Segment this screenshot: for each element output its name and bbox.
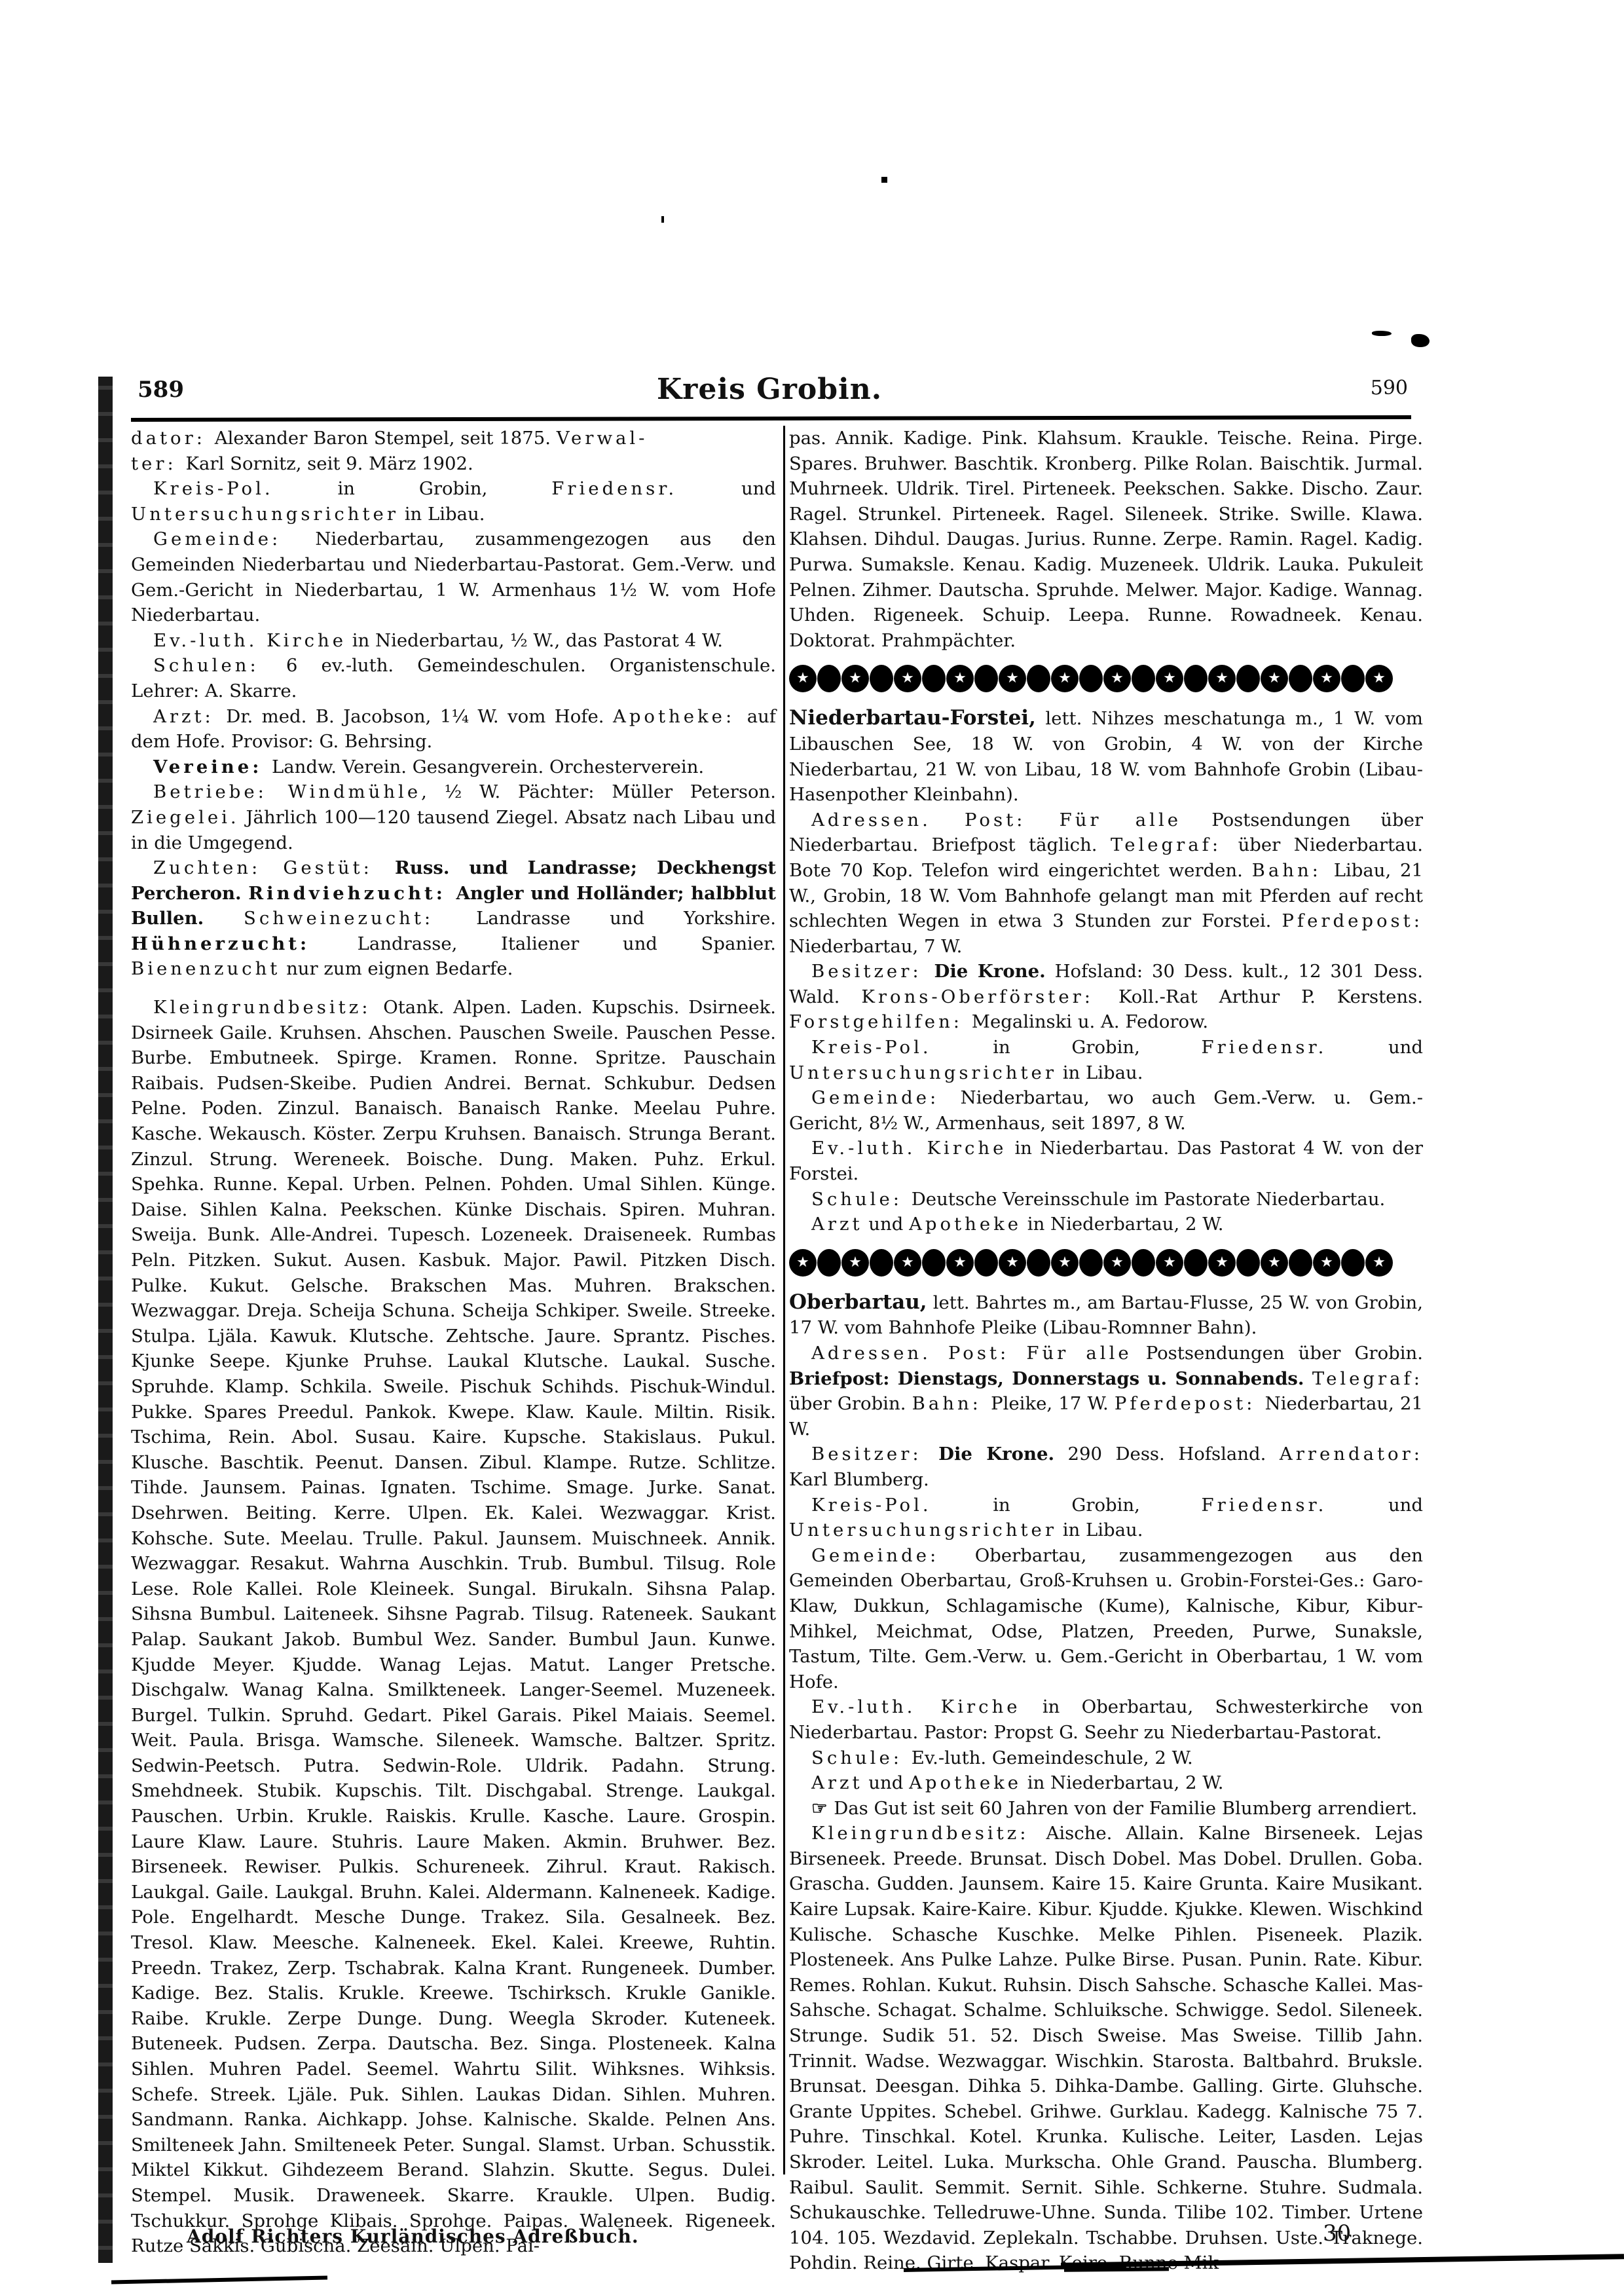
field-label: Ev.-luth. Kirche bbox=[153, 630, 346, 651]
left-column: dator: Alexander Baron Stempel, seit 187… bbox=[131, 426, 776, 2259]
entry-text: Die Krone. bbox=[938, 1444, 1054, 1465]
field-label: Apotheke: bbox=[613, 706, 747, 727]
field-label: Schulen: bbox=[153, 655, 286, 676]
entry-paragraph: Ev.-luth. Kirche in Niederbartau, ½ W., … bbox=[131, 628, 776, 654]
field-label: Vereine: bbox=[153, 756, 272, 777]
ornament-star-icon: ★ bbox=[1313, 665, 1340, 692]
field-label: Kreis-Pol. bbox=[153, 478, 274, 499]
field-label: Apotheke bbox=[909, 1214, 1022, 1235]
ornament-divider: ★★★★★★★★★★★★ bbox=[789, 1249, 1423, 1278]
entry-paragraph: Kreis-Pol. in Grobin, Friedensr. und Unt… bbox=[789, 1035, 1423, 1085]
entry-text: 290 Dess. Hofsland. bbox=[1054, 1444, 1280, 1465]
entry-text: in Niederbartau, 2 W. bbox=[1022, 1214, 1223, 1235]
entry-paragraph: Schulen: 6 ev.-luth. Gemeindeschulen. Or… bbox=[131, 653, 776, 703]
ornament-star-icon bbox=[922, 1249, 946, 1277]
ornament-star-icon bbox=[1184, 665, 1208, 692]
entry-paragraph: Gemeinde: Oberbartau, zusammengezogen au… bbox=[789, 1543, 1423, 1695]
field-label: Pferdepost: bbox=[1115, 1393, 1265, 1414]
header-rule bbox=[131, 415, 1411, 422]
entry-text: , ½ W. Pächter: Müller Peterson. bbox=[421, 781, 776, 802]
entry-text: Aische. Allain. Kalne Birseneek. Lejas B… bbox=[789, 1823, 1423, 2273]
column-divider bbox=[783, 426, 785, 2174]
entry-paragraph: ter: Karl Sornitz, seit 9. März 1902. bbox=[131, 451, 776, 477]
entry-text: Karl Blumberg. bbox=[789, 1469, 929, 1490]
ornament-star-icon bbox=[974, 1249, 998, 1277]
field-label: Adressen. Post: bbox=[811, 1343, 1026, 1364]
field-label: Schule: bbox=[811, 1747, 912, 1768]
ornament-star-icon: ★ bbox=[1313, 1249, 1340, 1277]
entry-text: Niederbartau, 7 W. bbox=[789, 936, 962, 957]
field-label: Telegraf: bbox=[1312, 1368, 1423, 1389]
entry-paragraph: Gemeinde: Niederbartau, zusammengezogen … bbox=[131, 527, 776, 627]
entry-paragraph: Oberbartau, lett. Bahrtes m., am Bartau-… bbox=[789, 1290, 1423, 1341]
field-label: Forstgehilfen: bbox=[789, 1011, 972, 1032]
field-label: Bahn: bbox=[1252, 860, 1334, 881]
entry-paragraph: Kreis-Pol. in Grobin, Friedensr. und Unt… bbox=[789, 1493, 1423, 1543]
scan-smudge bbox=[1411, 334, 1430, 347]
publisher-footer: Adolf Richters Kurländisches Adreßbuch. bbox=[187, 2226, 639, 2247]
entry-paragraph: Adressen. Post: Für alle Postsendungen ü… bbox=[789, 808, 1423, 960]
field-label: Für alle bbox=[1060, 810, 1181, 830]
entry-text: Dr. med. B. Jacobson, 1¼ W. vom Hofe. bbox=[226, 706, 613, 727]
field-label: Bahn: bbox=[912, 1393, 991, 1414]
entry-text: Oberbartau, zusammengezogen aus den Geme… bbox=[789, 1545, 1423, 1692]
ornament-star-icon bbox=[870, 1249, 893, 1277]
field-label: Arzt bbox=[811, 1772, 863, 1793]
ornament-star-icon: ★ bbox=[1208, 665, 1236, 692]
entry-paragraph: pas. Annik. Kadige. Pink. Klahsum. Krauk… bbox=[789, 426, 1423, 653]
entry-paragraph: Schule: Deutsche Vereinsschule im Pastor… bbox=[789, 1187, 1423, 1212]
entry-text: in Libau. bbox=[1057, 1062, 1143, 1083]
field-label: Bienenzucht bbox=[131, 958, 280, 979]
ornament-divider: ★★★★★★★★★★★★ bbox=[789, 665, 1423, 694]
ornament-star-icon bbox=[1132, 665, 1155, 692]
field-label: Telegraf: bbox=[1111, 834, 1238, 855]
field-label: Schule: bbox=[811, 1189, 912, 1210]
entry-text: Das Gut ist seit 60 Jahren von der Famil… bbox=[834, 1798, 1417, 1819]
entry-paragraph: Ev.-luth. Kirche in Oberbartau, Schweste… bbox=[789, 1694, 1423, 1745]
entry-text: Landw. Verein. Gesangverein. Orchesterve… bbox=[272, 756, 704, 777]
signature-mark: 30 bbox=[1323, 2220, 1351, 2247]
field-label: Friedensr. bbox=[1201, 1037, 1327, 1058]
place-name: Oberbartau, bbox=[789, 1290, 927, 1314]
entry-paragraph: Zuchten: Gestüt: Russ. und Landrasse; De… bbox=[131, 855, 776, 982]
entry-paragraph: Gemeinde: Niederbartau, wo auch Gem.-Ver… bbox=[789, 1085, 1423, 1136]
entry-paragraph: Arzt: Dr. med. B. Jacobson, 1¼ W. vom Ho… bbox=[131, 704, 776, 755]
entry-text: und bbox=[677, 478, 776, 499]
running-title: Kreis Grobin. bbox=[131, 373, 1408, 406]
ornament-star-icon: ★ bbox=[894, 1249, 921, 1277]
entry-text: Postsendungen über Grobin. bbox=[1132, 1343, 1423, 1364]
entry-text: Otank. Alpen. Laden. Kupschis. Dsirneek.… bbox=[131, 997, 776, 2256]
field-label: Verwal- bbox=[557, 428, 648, 449]
field-label: Friedensr. bbox=[551, 478, 677, 499]
entry-paragraph: Besitzer: Die Krone. 290 Dess. Hofsland.… bbox=[789, 1442, 1423, 1492]
entry-text: Landrasse, Italiener und Spanier. bbox=[358, 933, 776, 954]
ornament-star-icon: ★ bbox=[841, 1249, 869, 1277]
entry-text: Pleike, 17 W. bbox=[991, 1393, 1115, 1414]
field-label: Friedensr. bbox=[1201, 1495, 1327, 1516]
entry-paragraph: Niederbartau-Forstei, lett. Nihzes mesch… bbox=[789, 705, 1423, 807]
field-label: Kleingrundbesitz: bbox=[811, 1823, 1046, 1844]
field-label: dator: bbox=[131, 428, 215, 449]
entry-text: in Niederbartau, ½ W., das Pastorat 4 W. bbox=[346, 630, 723, 651]
entry-text: Landrasse und Yorkshire. bbox=[476, 908, 776, 929]
ornament-star-icon: ★ bbox=[1103, 665, 1131, 692]
ornament-star-icon: ★ bbox=[946, 665, 974, 692]
entry-text: und bbox=[863, 1772, 910, 1793]
bottom-rule bbox=[111, 2276, 327, 2285]
ornament-star-icon: ★ bbox=[1051, 1249, 1079, 1277]
ornament-star-icon: ★ bbox=[946, 1249, 974, 1277]
field-label: Arzt: bbox=[153, 706, 226, 727]
field-label: Gemeinde: bbox=[811, 1545, 975, 1566]
field-label: Untersuchungsrichter bbox=[789, 1062, 1057, 1083]
place-name: Niederbartau-Forstei, bbox=[789, 706, 1036, 730]
scan-speck bbox=[661, 216, 664, 223]
entry-text: in Grobin, bbox=[932, 1495, 1202, 1516]
ornament-star-icon bbox=[1184, 1249, 1208, 1277]
entry-text: in Libau. bbox=[1057, 1520, 1143, 1540]
field-label: Kreis-Pol. bbox=[811, 1495, 932, 1516]
entry-text: Ev.-luth. Gemeindeschule, 2 W. bbox=[912, 1747, 1193, 1768]
entry-paragraph: Ev.-luth. Kirche in Niederbartau. Das Pa… bbox=[789, 1136, 1423, 1186]
field-label: Besitzer: bbox=[811, 961, 934, 982]
field-label: Kleingrundbesitz: bbox=[153, 997, 383, 1018]
entry-paragraph: Arzt und Apotheke in Niederbartau, 2 W. bbox=[789, 1770, 1423, 1796]
ornament-star-icon bbox=[1289, 1249, 1312, 1277]
ornament-star-icon bbox=[1132, 1249, 1155, 1277]
ornament-star-icon bbox=[1079, 1249, 1103, 1277]
field-label: Windmühle bbox=[288, 781, 421, 802]
entry-text: Megalinski u. A. Fedorow. bbox=[972, 1011, 1208, 1032]
ornament-star-icon: ★ bbox=[1261, 665, 1288, 692]
field-label: Rindviehzucht: bbox=[248, 883, 456, 904]
ornament-star-icon bbox=[1027, 665, 1050, 692]
entry-text: und bbox=[1327, 1037, 1423, 1058]
ornament-star-icon: ★ bbox=[1051, 665, 1079, 692]
ornament-star-icon: ★ bbox=[1365, 665, 1393, 692]
entry-text: Alexander Baron Stempel, seit 1875. bbox=[215, 428, 557, 449]
ornament-star-icon: ★ bbox=[999, 665, 1026, 692]
entry-text: in Libau. bbox=[399, 504, 485, 525]
entry-text: pas. Annik. Kadige. Pink. Klahsum. Krauk… bbox=[789, 428, 1423, 651]
ornament-star-icon bbox=[974, 665, 998, 692]
entry-paragraph: ☞ Das Gut ist seit 60 Jahren von der Fam… bbox=[789, 1796, 1423, 1821]
page-number-right: 590 bbox=[1371, 377, 1408, 400]
entry-paragraph: dator: Alexander Baron Stempel, seit 187… bbox=[131, 426, 776, 451]
entry-text: in Niederbartau, 2 W. bbox=[1022, 1772, 1223, 1793]
entry-paragraph: Vereine: Landw. Verein. Gesangverein. Or… bbox=[131, 755, 776, 780]
entry-paragraph: Betriebe: Windmühle, ½ W. Pächter: Mülle… bbox=[131, 779, 776, 855]
ornament-star-icon bbox=[922, 665, 946, 692]
page-header: 589 Kreis Grobin. 590 bbox=[131, 377, 1408, 416]
ornament-star-icon bbox=[1289, 665, 1312, 692]
ornament-star-icon: ★ bbox=[841, 665, 869, 692]
ornament-star-icon bbox=[870, 665, 893, 692]
scan-binding-edge bbox=[98, 377, 113, 2263]
field-label: Untersuchungsrichter bbox=[131, 504, 399, 525]
ornament-star-icon bbox=[817, 665, 841, 692]
ornament-star-icon: ★ bbox=[1156, 1249, 1183, 1277]
ornament-star-icon: ★ bbox=[1365, 1249, 1393, 1277]
entry-paragraph: Besitzer: Die Krone. Hofsland: 30 Dess. … bbox=[789, 959, 1423, 1035]
field-label: Arzt bbox=[811, 1214, 863, 1235]
ornament-star-icon bbox=[1341, 665, 1365, 692]
field-label: Für alle bbox=[1026, 1343, 1132, 1364]
scan-speck bbox=[881, 177, 887, 183]
ornament-star-icon: ★ bbox=[789, 1249, 817, 1277]
entry-paragraph: Kreis-Pol. in Grobin, Friedensr. und Unt… bbox=[131, 476, 776, 527]
ornament-star-icon bbox=[1236, 665, 1260, 692]
entry-text: nur zum eignen Bedarfe. bbox=[280, 958, 513, 979]
field-label: Arrendator: bbox=[1280, 1444, 1423, 1465]
ornament-star-icon: ★ bbox=[1156, 665, 1183, 692]
ornament-star-icon: ★ bbox=[1208, 1249, 1236, 1277]
field-label: Hühnerzucht: bbox=[131, 933, 358, 954]
entry-text: über Grobin. bbox=[789, 1393, 912, 1414]
entry-text: ☞ bbox=[811, 1798, 834, 1819]
right-column: pas. Annik. Kadige. Pink. Klahsum. Krauk… bbox=[789, 426, 1423, 2276]
entry-text: Die Krone. bbox=[934, 961, 1045, 982]
entry-text: Briefpost: Dienstags, Donnerstags u. Son… bbox=[789, 1368, 1312, 1389]
field-label: Krons-Oberförster: bbox=[861, 986, 1118, 1007]
ornament-star-icon bbox=[817, 1249, 841, 1277]
ornament-star-icon bbox=[1027, 1249, 1050, 1277]
paragraph-gap bbox=[131, 982, 776, 995]
ornament-star-icon: ★ bbox=[999, 1249, 1026, 1277]
entry-paragraph: Kleingrundbesitz: Otank. Alpen. Laden. K… bbox=[131, 995, 776, 2259]
field-label: Ev.-luth. Kirche bbox=[811, 1138, 1006, 1159]
ornament-star-icon: ★ bbox=[789, 665, 817, 692]
entry-text: Karl Sornitz, seit 9. März 1902. bbox=[185, 453, 473, 474]
entry-paragraph: Arzt und Apotheke in Niederbartau, 2 W. bbox=[789, 1212, 1423, 1237]
field-label: Betriebe: bbox=[153, 781, 288, 802]
field-label: Ev.-luth. Kirche bbox=[811, 1696, 1021, 1717]
ornament-star-icon: ★ bbox=[1261, 1249, 1288, 1277]
field-label: Gemeinde: bbox=[153, 529, 315, 550]
field-label: Apotheke bbox=[909, 1772, 1022, 1793]
entry-text: und bbox=[1327, 1495, 1423, 1516]
ornament-star-icon bbox=[1236, 1249, 1260, 1277]
field-label: Schweinezucht: bbox=[244, 908, 476, 929]
field-label: Untersuchungsrichter bbox=[789, 1520, 1057, 1540]
field-label: Gemeinde: bbox=[811, 1087, 961, 1108]
entry-text: in Grobin, bbox=[932, 1037, 1202, 1058]
entry-paragraph: Kleingrundbesitz: Aische. Allain. Kalne … bbox=[789, 1821, 1423, 2276]
entry-paragraph: Schule: Ev.-luth. Gemeindeschule, 2 W. bbox=[789, 1745, 1423, 1771]
entry-text: Koll.-Rat Arthur P. Kerstens. bbox=[1118, 986, 1423, 1007]
field-label: ter: bbox=[131, 453, 185, 474]
field-label: Adressen. Post: bbox=[811, 810, 1060, 830]
entry-text: Deutsche Vereinsschule im Pastorate Nied… bbox=[912, 1189, 1386, 1210]
field-label: Zuchten: Gestüt: bbox=[153, 857, 395, 878]
entry-text: und bbox=[863, 1214, 910, 1235]
ornament-star-icon: ★ bbox=[1103, 1249, 1131, 1277]
field-label: Pferdepost: bbox=[1282, 910, 1423, 931]
entry-text: in Grobin, bbox=[274, 478, 552, 499]
field-label: Besitzer: bbox=[811, 1444, 938, 1465]
field-label: Kreis-Pol. bbox=[811, 1037, 932, 1058]
ornament-star-icon: ★ bbox=[894, 665, 921, 692]
scan-smudge bbox=[1372, 331, 1392, 336]
entry-paragraph: Adressen. Post: Für alle Postsendungen ü… bbox=[789, 1341, 1423, 1442]
ornament-star-icon bbox=[1341, 1249, 1365, 1277]
ornament-star-icon bbox=[1079, 665, 1103, 692]
field-label: Ziegelei. bbox=[131, 807, 240, 828]
